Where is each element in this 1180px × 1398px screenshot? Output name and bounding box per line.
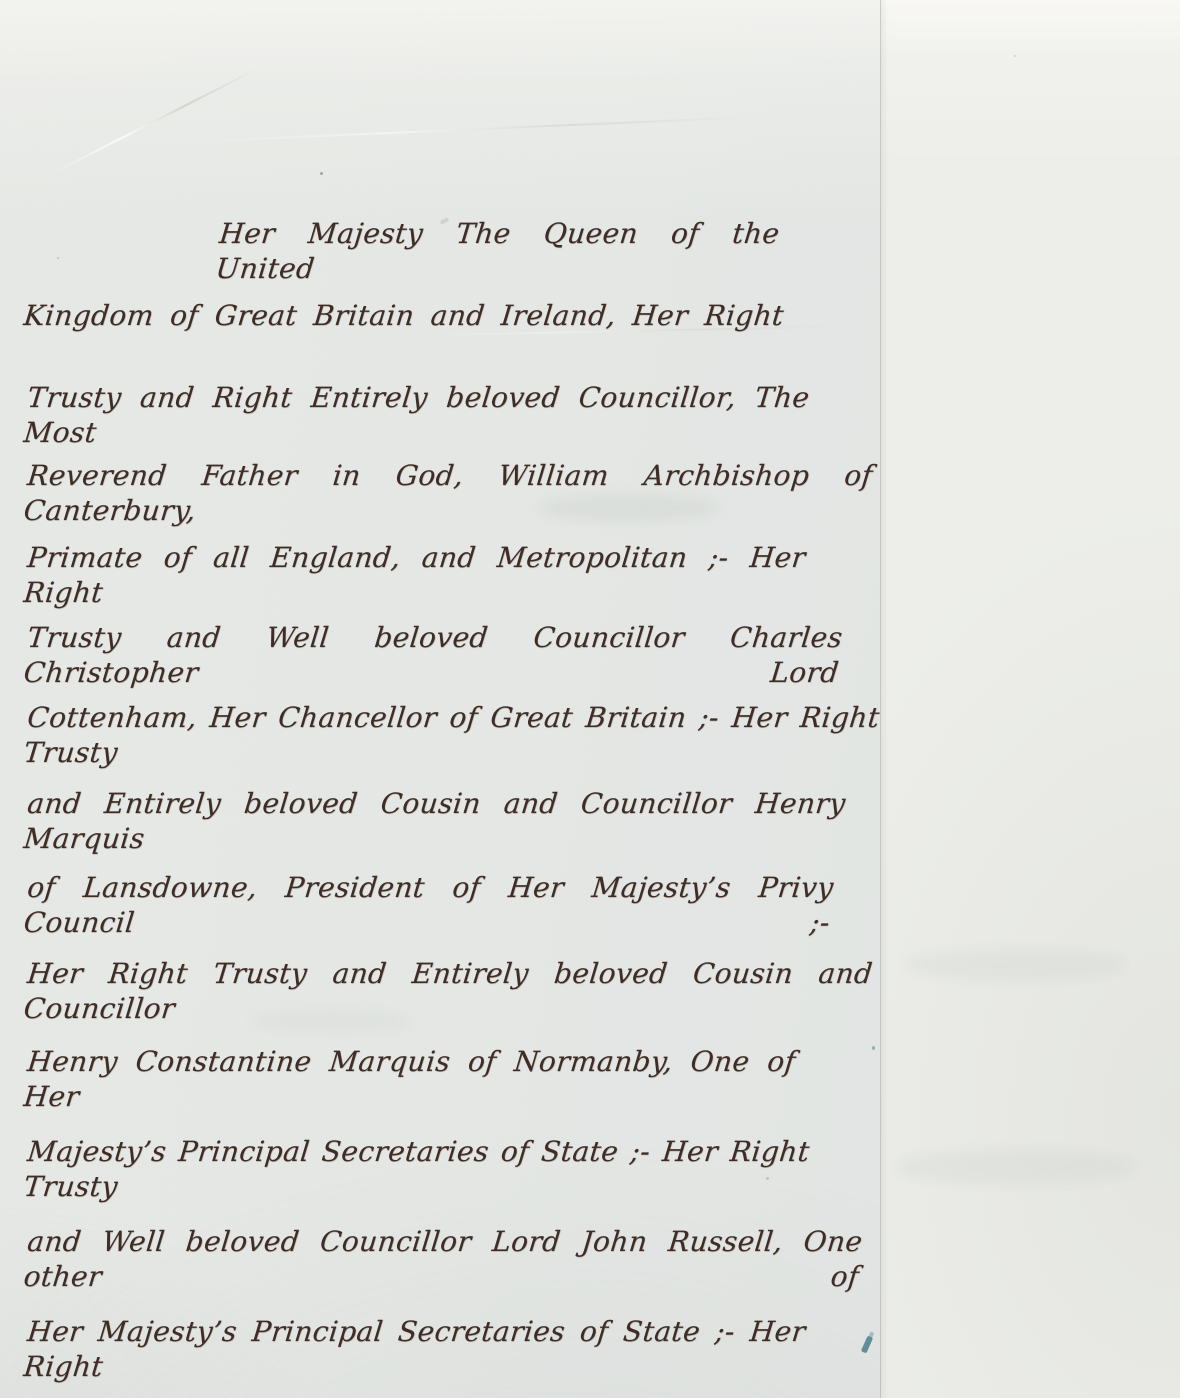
manuscript-line: Her Majesty The Queen of the United <box>22 216 781 286</box>
manuscript-line: Her Majesty’s Principal Secretaries of S… <box>22 1314 807 1384</box>
manuscript-line: Majesty’s Principal Secretaries of State… <box>22 1134 811 1204</box>
ink-bleedthrough-smudge <box>905 950 1125 980</box>
manuscript-line: and Well beloved Councillor Lord John Ru… <box>22 1224 864 1294</box>
photographed-document: Her Majesty The Queen of the United King… <box>0 0 1180 1398</box>
manuscript-line: Primate of all England, and Metropolitan… <box>22 540 807 610</box>
paper-speck <box>1014 55 1016 57</box>
manuscript-line: of Lansdowne, President of Her Majesty’s… <box>22 870 835 940</box>
manuscript-line: Her Right Trusty and Entirely beloved Co… <box>22 956 874 1026</box>
manuscript-text-block: Her Majesty The Queen of the United King… <box>0 0 881 1398</box>
manuscript-line: Trusty and Well beloved Councillor Charl… <box>22 620 844 690</box>
manuscript-page: Her Majesty The Queen of the United King… <box>0 0 881 1398</box>
underlying-page <box>870 0 1180 1398</box>
manuscript-line: Henry Constantine Marquis of Normanby, O… <box>22 1044 797 1114</box>
manuscript-line: Kingdom of Great Britain and Ireland, He… <box>22 298 786 333</box>
blue-ink-dot <box>872 1046 875 1050</box>
manuscript-line: Trusty and Right Entirely beloved Counci… <box>22 380 811 450</box>
manuscript-line: Cottenham, Her Chancellor of Great Brita… <box>22 700 881 770</box>
manuscript-line: and Entirely beloved Cousin and Councill… <box>22 786 847 856</box>
manuscript-line: Reverend Father in God, William Archbish… <box>22 458 874 528</box>
ink-bleedthrough-smudge <box>895 1150 1135 1184</box>
